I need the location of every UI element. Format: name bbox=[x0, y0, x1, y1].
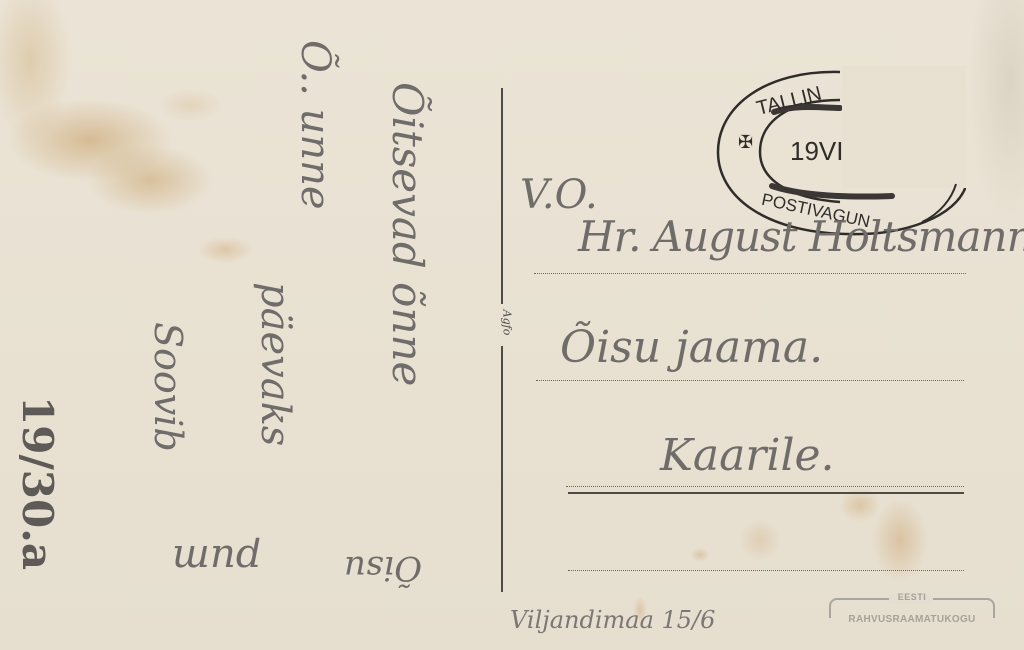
divider-line-top bbox=[501, 88, 503, 304]
address-line-3: Kaarile. bbox=[660, 430, 835, 481]
address-line-2: Õisu jaama. bbox=[560, 322, 823, 373]
message-line-1: Õitsevad õnne bbox=[383, 82, 432, 386]
postmark: ✠ TALLIN 19VI POSTIVAGUN bbox=[716, 66, 966, 236]
address-line-1: Hr. August Holtsmann bbox=[578, 212, 1024, 261]
message-closing-place: Õisu bbox=[344, 548, 422, 588]
address-rule-4 bbox=[568, 570, 964, 571]
message-line-2: Õ.. unne bbox=[292, 40, 338, 210]
library-stamp: EESTI RAHVUSRAAMATUKOGU bbox=[826, 590, 998, 638]
address-rule-1 bbox=[534, 273, 966, 274]
archive-note: Viljandimaa 15/6 bbox=[510, 606, 715, 634]
library-stamp-top: EESTI bbox=[826, 592, 998, 602]
address-rule-3 bbox=[566, 486, 964, 487]
message-line-3: päevaks bbox=[252, 282, 298, 446]
message-closing-word: pum bbox=[172, 536, 261, 582]
postcard-back: Õitsevad õnne Õ.. unne päevaks Soovib 19… bbox=[0, 0, 1024, 650]
postmark-city: TALLIN bbox=[754, 83, 824, 120]
library-stamp-bottom: RAHVUSRAAMATUKOGU bbox=[826, 614, 998, 625]
divider-label: Agfo bbox=[500, 310, 513, 336]
address-rule-2 bbox=[536, 380, 964, 381]
postmark-date: 19VI bbox=[790, 136, 844, 166]
postmark-cross-icon: ✠ bbox=[738, 132, 753, 152]
message-date: 19/30.a bbox=[13, 396, 62, 570]
address-rule-3-solid bbox=[568, 492, 964, 494]
message-line-4: Soovib bbox=[146, 322, 190, 452]
divider-line-bottom bbox=[501, 346, 503, 592]
